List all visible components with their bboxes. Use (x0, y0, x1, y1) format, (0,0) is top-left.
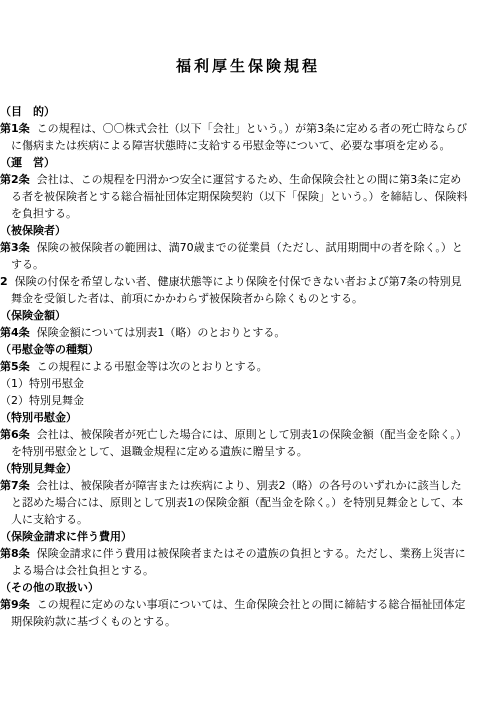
article-9-text: この規程に定めのない事項については、生命保険会社との間に締結する総合福祉団体定期… (11, 598, 465, 628)
section-heading-insurance-amount: （保険金額） (0, 307, 472, 324)
article-4-label: 第4条 (0, 326, 30, 339)
document-page: 福利厚生保険規程 （目 的） 第1条この規程は、〇〇株式会社（以下「会社」という… (0, 0, 496, 713)
article-3-paragraph-2: 2保険の付保を希望しない者、健康状態等により保険を付保できない者および第7条の特… (0, 273, 472, 307)
section-heading-purpose: （目 的） (0, 103, 472, 120)
section-heading-operation: （運 営） (0, 154, 472, 171)
article-9: 第9条この規程に定めのない事項については、生命保険会社との間に締結する総合福祉団… (0, 596, 472, 630)
article-1-label: 第1条 (0, 122, 30, 135)
article-3-text: 保険の被保険者の範囲は、満70歳までの従業員（ただし、試用期間中の者を除く。）と… (11, 241, 463, 271)
article-7-label: 第7条 (0, 479, 30, 492)
section-heading-special-condolence: （特別弔慰金） (0, 409, 472, 426)
article-8-text: 保険金請求に伴う費用は被保険者またはその遺族の負担とする。ただし、業務上災害によ… (11, 547, 466, 577)
article-8-label: 第8条 (0, 547, 30, 560)
article-1-text: この規程は、〇〇株式会社（以下「会社」という。）が第3条に定める者の死亡時ならび… (11, 122, 467, 152)
list-item-special-condolence: （1）特別弔慰金 (0, 375, 472, 392)
article-3: 第3条保険の被保険者の範囲は、満70歳までの従業員（ただし、試用期間中の者を除く… (0, 239, 472, 273)
article-4-text: 保険金額については別表1（略）のとおりとする。 (37, 326, 286, 339)
section-heading-special-sympathy: （特別見舞金） (0, 460, 472, 477)
article-5-text: この規程による弔慰金等は次のとおりとする。 (37, 360, 268, 373)
article-6: 第6条会社は、被保険者が死亡した場合には、原則として別表1の保険金額（配当金を除… (0, 426, 472, 460)
article-5: 第5条この規程による弔慰金等は次のとおりとする。 (0, 358, 472, 375)
article-9-label: 第9条 (0, 598, 30, 611)
article-6-text: 会社は、被保険者が死亡した場合には、原則として別表1の保険金額（配当金を除く。）… (11, 428, 467, 458)
article-7: 第7条会社は、被保険者が障害または疾病により、別表2（略）の各号のいずれかに該当… (0, 477, 472, 528)
article-2-label: 第2条 (0, 173, 30, 186)
article-4: 第4条保険金額については別表1（略）のとおりとする。 (0, 324, 472, 341)
article-8: 第8条保険金請求に伴う費用は被保険者またはその遺族の負担とする。ただし、業務上災… (0, 545, 472, 579)
article-1: 第1条この規程は、〇〇株式会社（以下「会社」という。）が第3条に定める者の死亡時… (0, 120, 472, 154)
section-heading-benefit-types: （弔慰金等の種類） (0, 341, 472, 358)
article-3-paragraph-2-label: 2 (0, 275, 8, 288)
section-heading-other-matters: （その他の取扱い） (0, 579, 472, 596)
list-item-special-sympathy: （2）特別見舞金 (0, 392, 472, 409)
article-6-label: 第6条 (0, 428, 30, 441)
section-heading-insured: （被保険者） (0, 222, 472, 239)
document-title: 福利厚生保険規程 (0, 0, 496, 76)
article-7-text: 会社は、被保険者が障害または疾病により、別表2（略）の各号のいずれかに該当したと… (11, 479, 463, 526)
document-body: （目 的） 第1条この規程は、〇〇株式会社（以下「会社」という。）が第3条に定め… (0, 103, 472, 630)
article-2: 第2条会社は、この規程を円滑かつ安全に運営するため、生命保険会社との間に第3条に… (0, 171, 472, 222)
section-heading-claim-expenses: （保険金請求に伴う費用） (0, 528, 472, 545)
article-5-label: 第5条 (0, 360, 30, 373)
article-3-paragraph-2-text: 保険の付保を希望しない者、健康状態等により保険を付保できない者および第7条の特別… (11, 275, 462, 305)
article-3-label: 第3条 (0, 241, 30, 254)
article-2-text: 会社は、この規程を円滑かつ安全に運営するため、生命保険会社との間に第3条に定める… (11, 173, 468, 220)
